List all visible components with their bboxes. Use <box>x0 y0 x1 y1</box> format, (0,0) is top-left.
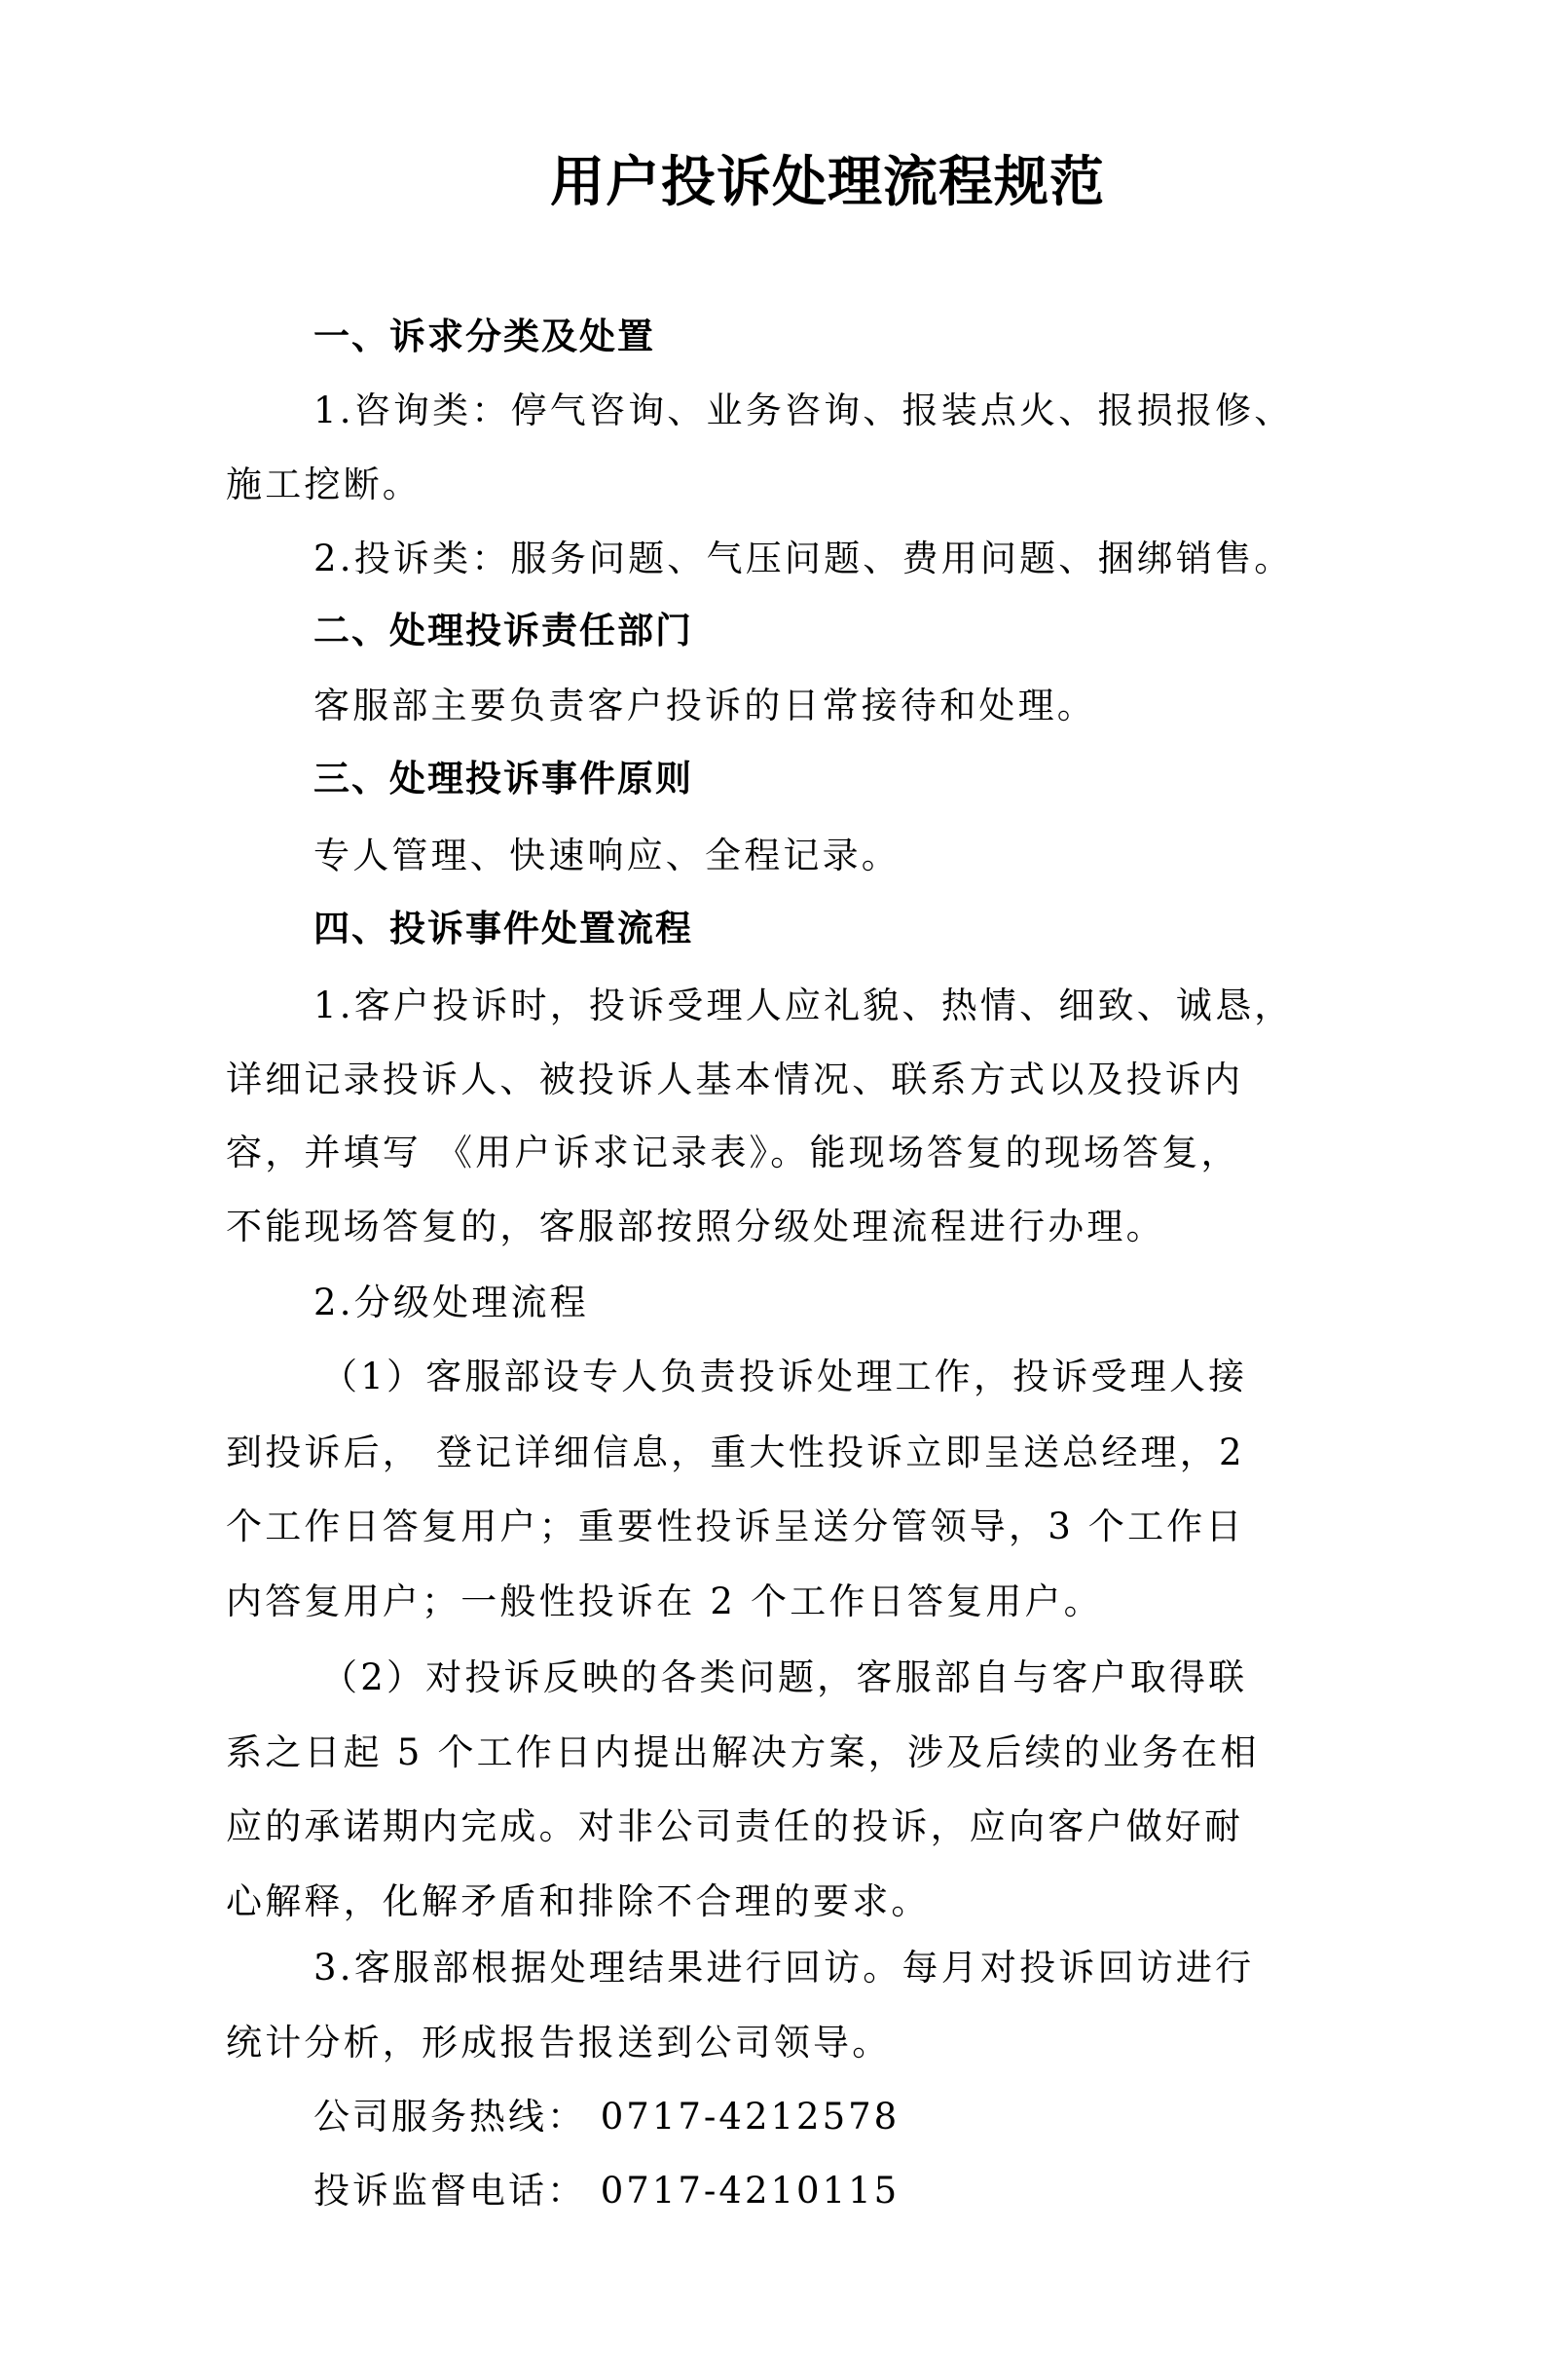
paragraph-line: 1.客户投诉时，投诉受理人应礼貌、热情、细致、诚恳， <box>313 979 1294 1033</box>
paragraph-line: 系之日起 5 个工作日内提出解决方案，涉及后续的业务在相 <box>226 1726 1260 1780</box>
paragraph-line: 统计分析，形成报告报送到公司领导。 <box>226 2016 891 2070</box>
paragraph-line: 1.咨询类：停气咨询、业务咨询、报装点火、报损报修、 <box>313 384 1294 438</box>
paragraph-line: 不能现场答复的，客服部按照分级处理流程进行办理。 <box>226 1200 1165 1254</box>
paragraph-line: 详细记录投诉人、被投诉人基本情况、联系方式以及投诉内 <box>226 1053 1243 1107</box>
service-hotline: 公司服务热线： 0717-4212578 <box>313 2090 900 2144</box>
section-heading-4: 四、投诉事件处置流程 <box>313 902 693 956</box>
section-heading-3: 三、处理投诉事件原则 <box>313 752 693 806</box>
document-page: 用户投诉处理流程规范 一、诉求分类及处置 1.咨询类：停气咨询、业务咨询、报装点… <box>0 0 1545 2380</box>
paragraph-line: 2.投诉类：服务问题、气压问题、费用问题、捆绑销售。 <box>313 532 1294 586</box>
paragraph-line: 客服部主要负责客户投诉的日常接待和处理。 <box>313 679 1096 733</box>
paragraph-line: 内答复用户；一般性投诉在 2 个工作日答复用户。 <box>226 1575 1103 1629</box>
section-heading-1: 一、诉求分类及处置 <box>313 310 655 364</box>
section-heading-2: 二、处理投诉责任部门 <box>313 604 693 658</box>
paragraph-line: 容，并填写 《用户诉求记录表》。能现场答复的现场答复， <box>226 1126 1240 1180</box>
paragraph-line: 到投诉后， 登记详细信息，重大性投诉立即呈送总经理，2 <box>226 1426 1245 1480</box>
paragraph-line: （2）对投诉反映的各类问题，客服部自与客户取得联 <box>321 1651 1247 1705</box>
paragraph-line: 3.客服部根据处理结果进行回访。每月对投诉回访进行 <box>313 1941 1254 1995</box>
paragraph-line: （1）客服部设专人负责投诉处理工作，投诉受理人接 <box>321 1350 1247 1404</box>
paragraph-line: 个工作日答复用户；重要性投诉呈送分管领导，3 个工作日 <box>226 1500 1245 1554</box>
paragraph-line: 心解释，化解矛盾和排除不合理的要求。 <box>226 1875 931 1929</box>
paragraph-line: 应的承诺期内完成。对非公司责任的投诉，应向客户做好耐 <box>226 1800 1243 1854</box>
paragraph-line: 施工挖断。 <box>226 458 422 512</box>
document-title: 用户投诉处理流程规范 <box>0 144 1545 222</box>
paragraph-line: 2.分级处理流程 <box>313 1276 589 1330</box>
complaint-supervision-phone: 投诉监督电话： 0717-4210115 <box>313 2164 900 2218</box>
paragraph-line: 专人管理、快速响应、全程记录。 <box>313 829 901 883</box>
